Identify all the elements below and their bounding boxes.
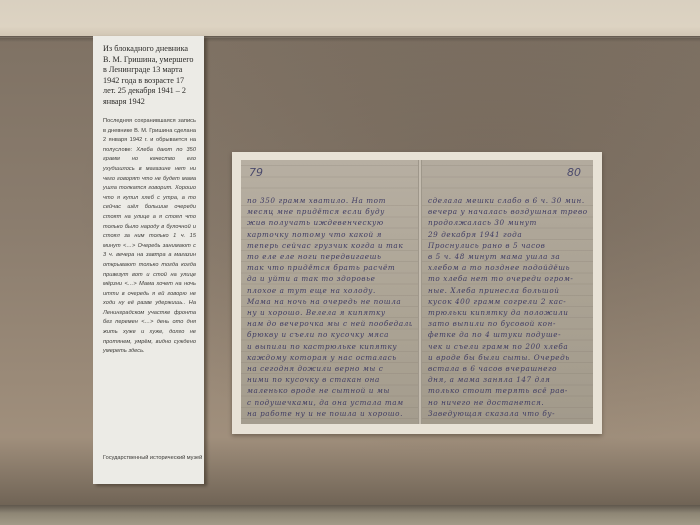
handwritten-line: сделала мешки слабо в 6 ч. 30 мин. xyxy=(428,195,587,206)
handwritten-line: каждому которая у нас осталась xyxy=(247,352,412,363)
handwritten-line: то хлеба нет то очереди огром- xyxy=(428,273,587,284)
handwritten-line: кусок 400 грамм согрели 2 кас- xyxy=(428,296,587,307)
display-case-bottom-frame xyxy=(0,505,700,525)
handwritten-line: да и уйти а так то здоровье xyxy=(247,273,412,284)
handwritten-line: то еле еле ноги передвигаешь xyxy=(247,251,412,262)
handwritten-line: и выпили по кастрюльке кипятку xyxy=(247,341,412,352)
handwritten-line: по 350 грамм хватило. На тот xyxy=(247,195,412,206)
handwritten-line: на работе ну и не пошла и хорошо. xyxy=(247,408,412,419)
handwritten-text: сделала мешки слабо в 6 ч. 30 мин. вечер… xyxy=(428,195,587,419)
handwritten-line: ные. Хлеба принесла большой xyxy=(428,285,587,296)
page-number: 80 xyxy=(567,166,581,179)
handwritten-line: хлебом а то позднее подойдёшь xyxy=(428,262,587,273)
museum-name: Государственный исторический музей xyxy=(103,454,202,464)
handwritten-line: в 5 ч. 48 минут мама ушла за xyxy=(428,251,587,262)
handwritten-line: маленько вроде не сытной и мы xyxy=(247,385,412,396)
handwritten-line: Проснулись рано в 5 часов xyxy=(428,240,587,251)
handwritten-line: фетке да по 4 штуки подуше- xyxy=(428,329,587,340)
handwritten-line: Заведующая сказала что бу- xyxy=(428,408,587,419)
handwritten-text: по 350 грамм хватило. На тот месяц мне п… xyxy=(247,195,412,419)
handwritten-line: ними по кусочку в стакан она xyxy=(247,374,412,385)
handwritten-line: 29 декабря 1941 года xyxy=(428,229,587,240)
diary-page-left: 79 по 350 грамм хватило. На тот месяц мн… xyxy=(241,160,418,424)
handwritten-line: карточку потому что какой я xyxy=(247,229,412,240)
diary-page-right: 80 сделала мешки слабо в 6 ч. 30 мин. ве… xyxy=(422,160,593,424)
handwritten-line: и вроде бы были сыты. Очередь xyxy=(428,352,587,363)
handwritten-line: жив получать иждевенческую xyxy=(247,217,412,228)
exhibit-label-body: Последняя сохранившаяся запись в дневник… xyxy=(103,117,196,357)
diary-mount: 79 по 350 грамм хватило. На тот месяц мн… xyxy=(232,152,602,434)
handwritten-line: месяц мне придётся если буду xyxy=(247,206,412,217)
handwritten-line: плохое а тут еще на холоду. xyxy=(247,285,412,296)
handwritten-line: нам до вечерочка мы с ней пообедали xyxy=(247,318,412,329)
handwritten-line: так что придётся брать расчёт xyxy=(247,262,412,273)
handwritten-line: зато выпили по бусовой кон- xyxy=(428,318,587,329)
handwritten-line: на сегодня дожили верно мы с xyxy=(247,363,412,374)
display-case-top-frame xyxy=(0,0,700,38)
handwritten-line: теперь сейчас грузчик когда и так xyxy=(247,240,412,251)
exhibit-label-card: Из блокадного дневника В. М. Гришина, ум… xyxy=(93,36,204,484)
exhibit-label-quote: Хлеба дают по 350 грамм но качество его … xyxy=(103,147,196,354)
handwritten-line: чек и съели грамм по 200 хлеба xyxy=(428,341,587,352)
handwritten-line: брюкву и съели по кусочку мяса xyxy=(247,329,412,340)
handwritten-line: вечера у началась воздушная тревога xyxy=(428,206,587,217)
handwritten-line: встала в 6 часов вчерашнего xyxy=(428,363,587,374)
handwritten-line: дня, а мама заняла 147 для xyxy=(428,374,587,385)
handwritten-line: продолжалась 30 минут xyxy=(428,217,587,228)
handwritten-line: только стоит терять всё рав- xyxy=(428,385,587,396)
handwritten-line: с подушечками, да она устала там xyxy=(247,397,412,408)
page-number: 79 xyxy=(249,166,263,179)
handwritten-line: но ничего не достанется. xyxy=(428,397,587,408)
handwritten-line: ну и хорошо. Велела я кипятку xyxy=(247,307,412,318)
exhibit-label-title: Из блокадного дневника В. М. Гришина, ум… xyxy=(103,44,196,107)
handwritten-line: Мама на ночь на очередь не пошла xyxy=(247,296,412,307)
handwritten-line: трюльки кипятку да положили xyxy=(428,307,587,318)
